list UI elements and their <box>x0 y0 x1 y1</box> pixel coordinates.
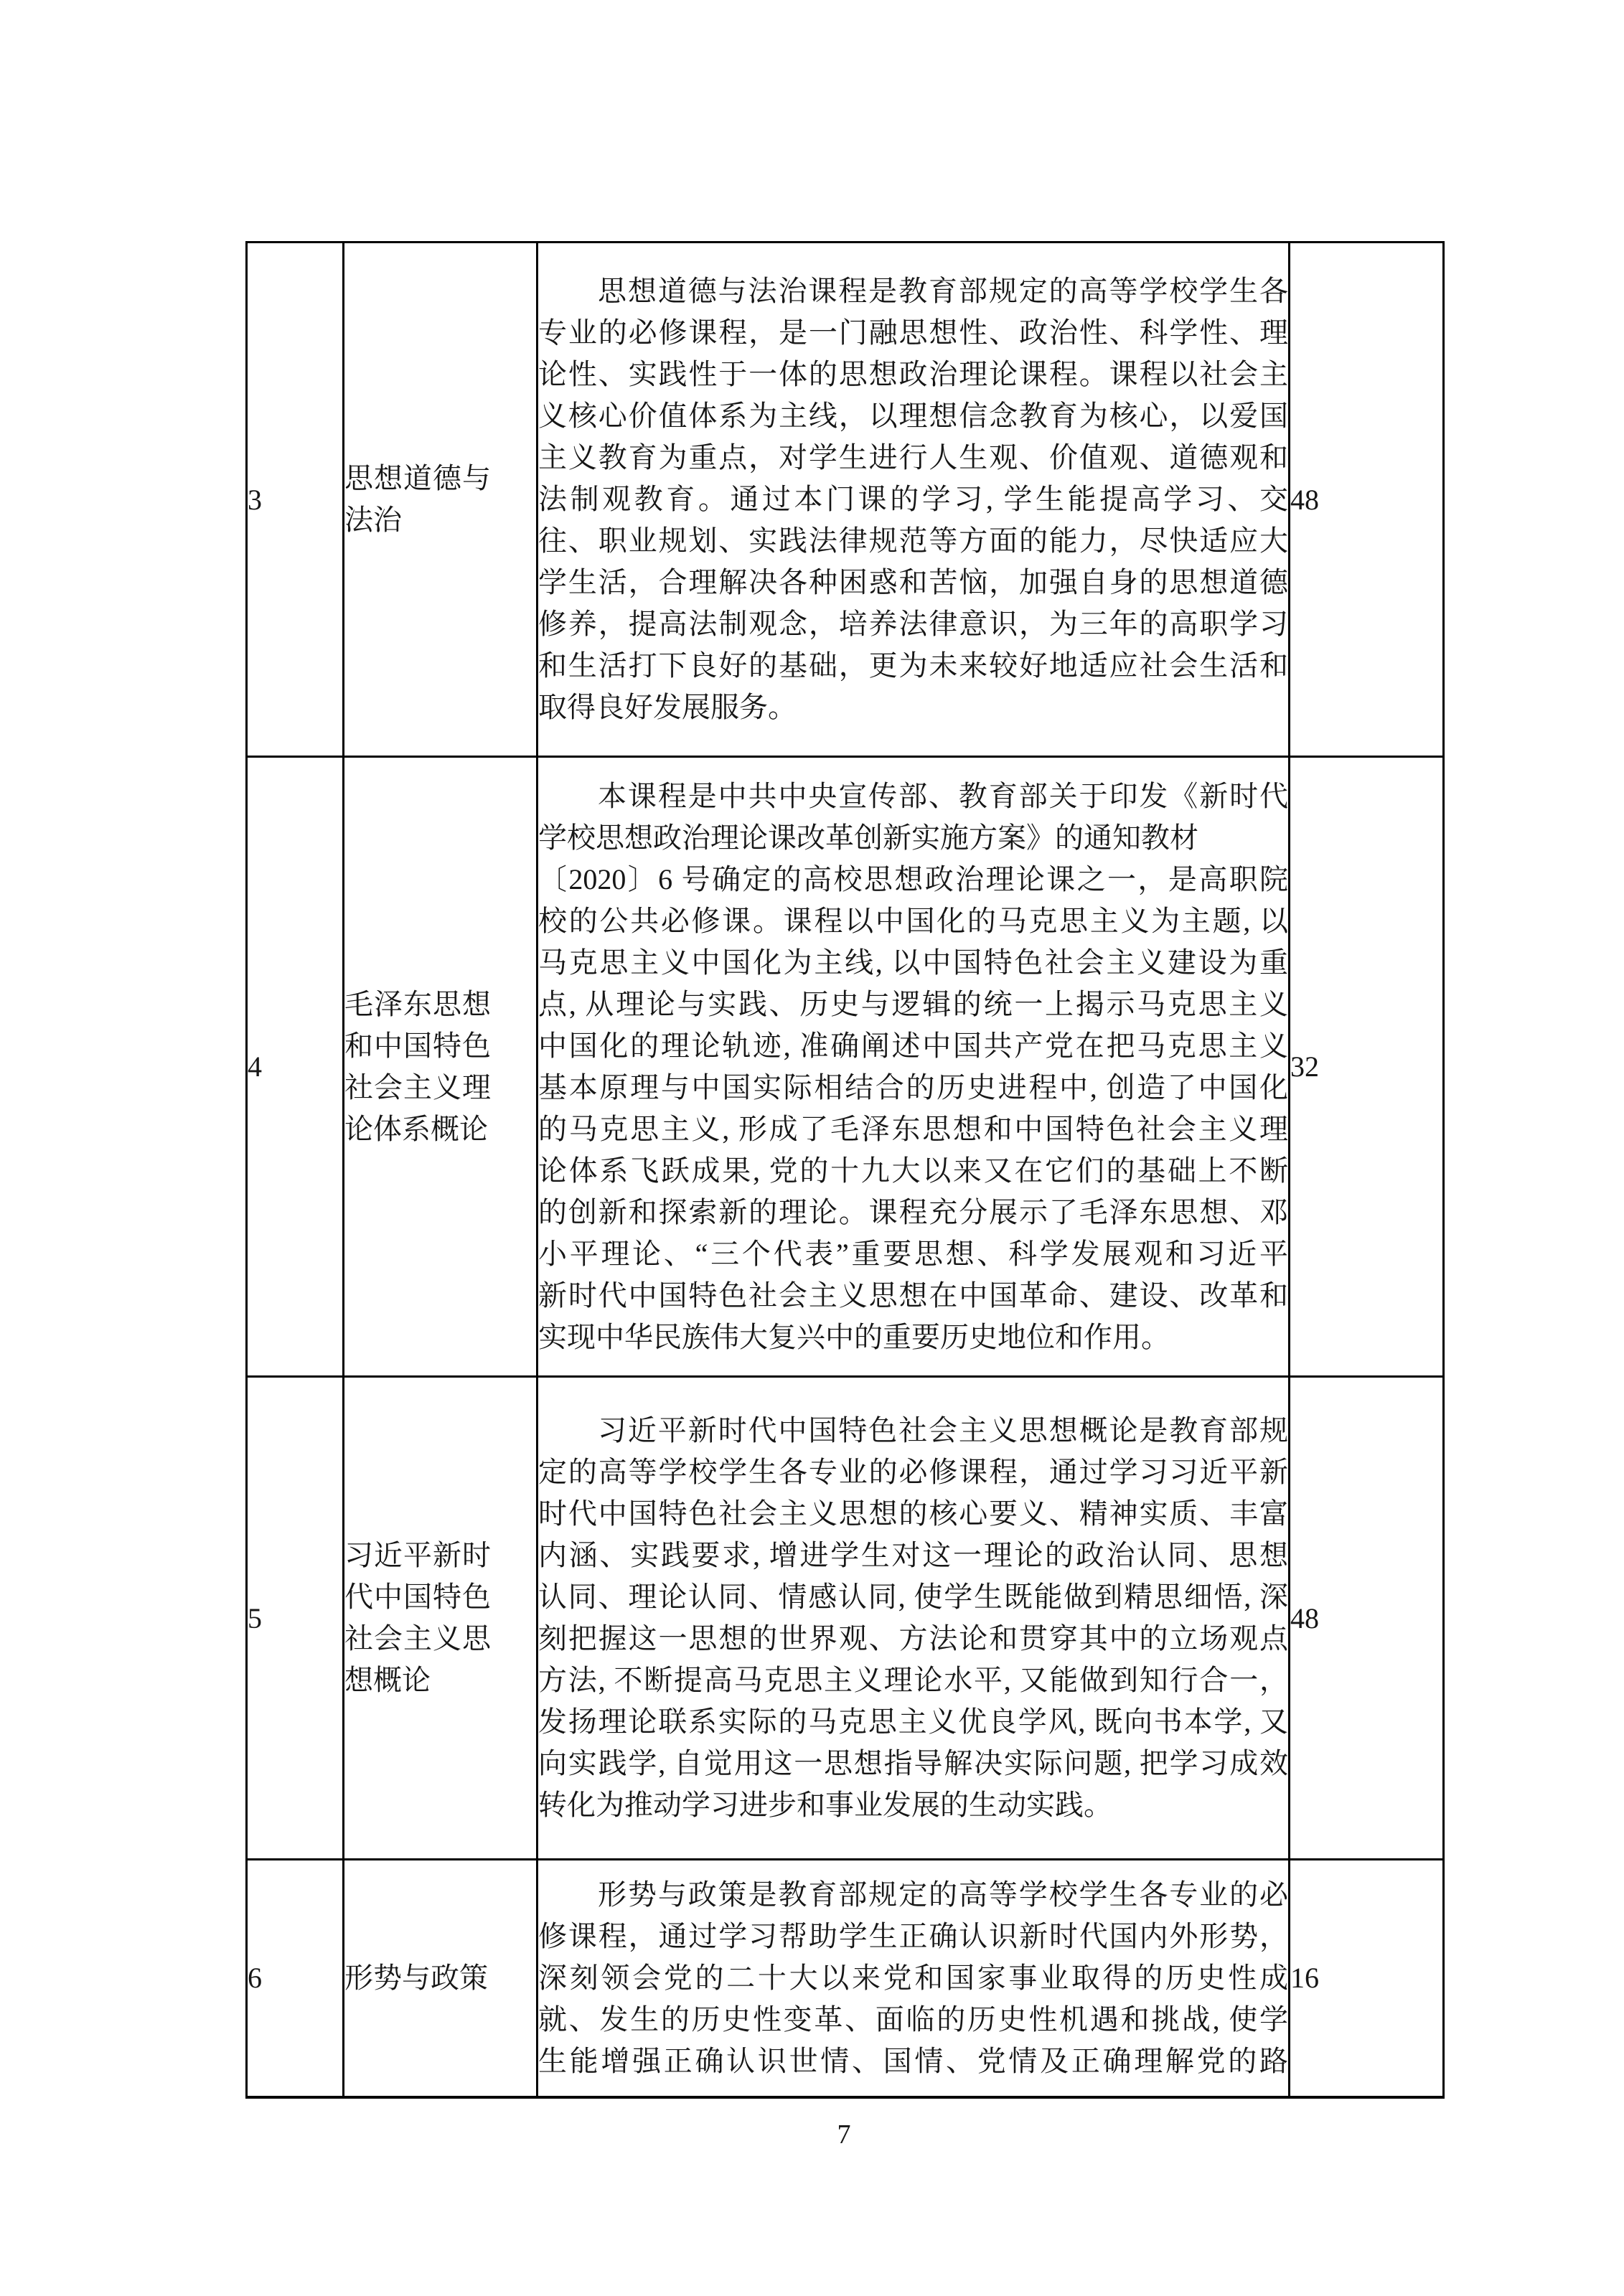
text-line: 习近平新时 <box>344 1535 491 1576</box>
text-line: 方法, 不断提高马克思主义理论水平, 又能做到知行合一， <box>538 1660 1288 1701</box>
course-hours: 48 <box>1290 1602 1319 1634</box>
course-description: 本课程是中共中央宣传部、教育部关于印发《新时代学校思想政治理论课改革创新实施方案… <box>538 776 1288 1358</box>
text-line: 刻把握这一思想的世界观、方法论和贯穿其中的立场观点 <box>538 1618 1288 1660</box>
course-hours-cell: 48 <box>1290 1377 1444 1860</box>
text-line: 时代中国特色社会主义思想的核心要义、精神实质、丰富 <box>538 1493 1288 1535</box>
course-description: 思想道德与法治课程是教育部规定的高等学校学生各专业的必修课程，是一门融思想性、政… <box>538 270 1288 728</box>
course-name-cell: 思想道德与法治 <box>344 243 538 757</box>
course-description-cell: 习近平新时代中国特色社会主义思想概论是教育部规定的高等学校学生各专业的必修课程，… <box>538 1377 1290 1860</box>
text-line: 向实践学, 自觉用这一思想指导解决实际问题, 把学习成效 <box>538 1743 1288 1784</box>
text-line: 转化为推动学习进步和事业发展的生动实践。 <box>538 1784 1288 1826</box>
course-name: 习近平新时代中国特色社会主义思想概论 <box>344 1535 491 1701</box>
text-line: 思想道德与法治课程是教育部规定的高等学校学生各 <box>538 270 1288 312</box>
text-line: 学校思想政治理论课改革创新实施方案》的通知教材 <box>538 817 1288 859</box>
course-hours-cell: 32 <box>1290 757 1444 1377</box>
row-number-cell: 6 <box>247 1860 344 2097</box>
text-line: 形势与政策 <box>344 1957 491 1999</box>
course-hours: 48 <box>1290 484 1319 516</box>
row-number: 5 <box>248 1602 262 1634</box>
text-line: 法治 <box>344 499 491 541</box>
course-hours: 32 <box>1290 1050 1319 1083</box>
row-number-cell: 4 <box>247 757 344 1377</box>
course-name: 思想道德与法治 <box>344 458 491 541</box>
course-name: 形势与政策 <box>344 1957 491 1999</box>
text-line: 本课程是中共中央宣传部、教育部关于印发《新时代 <box>538 776 1288 817</box>
text-line: 取得良好发展服务。 <box>538 687 1288 728</box>
table-row: 6 形势与政策 形势与政策是教育部规定的高等学校学生各专业的必修课程，通过学习帮… <box>247 1860 1444 2097</box>
text-line: 思想道德与 <box>344 458 491 499</box>
text-line: 主义教育为重点，对学生进行人生观、价值观、道德观和 <box>538 437 1288 479</box>
row-number-cell: 5 <box>247 1377 344 1860</box>
text-line: 实现中华民族伟大复兴中的重要历史地位和作用。 <box>538 1317 1288 1358</box>
text-line: 的马克思主义, 形成了毛泽东思想和中国特色社会主义理 <box>538 1109 1288 1150</box>
course-table: 3 思想道德与法治 思想道德与法治课程是教育部规定的高等学校学生各专业的必修课程… <box>245 241 1445 2099</box>
course-hours-cell: 16 <box>1290 1860 1444 2097</box>
document-page: 3 思想道德与法治 思想道德与法治课程是教育部规定的高等学校学生各专业的必修课程… <box>0 0 1624 2296</box>
text-line: 论体系飞跃成果, 党的十九大以来又在它们的基础上不断 <box>538 1150 1288 1192</box>
row-number: 4 <box>248 1050 262 1083</box>
text-line: 毛泽东思想 <box>344 984 491 1025</box>
text-line: 社会主义理 <box>344 1067 491 1109</box>
text-line: 马克思主义中国化为主线, 以中国特色社会主义建设为重 <box>538 942 1288 984</box>
course-name-cell: 毛泽东思想和中国特色社会主义理论体系概论 <box>344 757 538 1377</box>
table-row: 3 思想道德与法治 思想道德与法治课程是教育部规定的高等学校学生各专业的必修课程… <box>247 243 1444 757</box>
text-line: 深刻领会党的二十大以来党和国家事业取得的历史性成 <box>538 1957 1288 1999</box>
course-name-cell: 习近平新时代中国特色社会主义思想概论 <box>344 1377 538 1860</box>
course-description: 形势与政策是教育部规定的高等学校学生各专业的必修课程，通过学习帮助学生正确认识新… <box>538 1874 1288 2082</box>
table-row: 5 习近平新时代中国特色社会主义思想概论 习近平新时代中国特色社会主义思想概论是… <box>247 1377 1444 1860</box>
text-line: 代中国特色 <box>344 1576 491 1618</box>
course-description: 习近平新时代中国特色社会主义思想概论是教育部规定的高等学校学生各专业的必修课程，… <box>538 1410 1288 1826</box>
text-line: 小平理论、“三个代表”重要思想、科学发展观和习近平 <box>538 1233 1288 1275</box>
row-number-cell: 3 <box>247 243 344 757</box>
text-line: 论体系概论 <box>344 1109 491 1150</box>
text-line: 形势与政策是教育部规定的高等学校学生各专业的必 <box>538 1874 1288 1916</box>
text-line: 校的公共必修课。课程以中国化的马克思主义为主题, 以 <box>538 900 1288 942</box>
row-number: 6 <box>248 1962 262 1994</box>
page-number: 7 <box>245 2118 1442 2151</box>
text-line: 的创新和探索新的理论。课程充分展示了毛泽东思想、邓 <box>538 1192 1288 1233</box>
text-line: 新时代中国特色社会主义思想在中国革命、建设、改革和 <box>538 1275 1288 1317</box>
text-line: 认同、理论认同、情感认同, 使学生既能做到精思细悟, 深 <box>538 1576 1288 1618</box>
table-row: 4 毛泽东思想和中国特色社会主义理论体系概论 本课程是中共中央宣传部、教育部关于… <box>247 757 1444 1377</box>
text-line: 往、职业规划、实践法律规范等方面的能力，尽快适应大 <box>538 520 1288 562</box>
course-description-cell: 形势与政策是教育部规定的高等学校学生各专业的必修课程，通过学习帮助学生正确认识新… <box>538 1860 1290 2097</box>
text-line: 法制观教育。通过本门课的学习, 学生能提高学习、交 <box>538 479 1288 520</box>
text-line: 专业的必修课程，是一门融思想性、政治性、科学性、理 <box>538 312 1288 354</box>
course-hours: 16 <box>1290 1962 1319 1994</box>
text-line: 中国化的理论轨迹, 准确阐述中国共产党在把马克思主义 <box>538 1025 1288 1067</box>
course-hours-cell: 48 <box>1290 243 1444 757</box>
course-name: 毛泽东思想和中国特色社会主义理论体系概论 <box>344 984 491 1150</box>
course-description-cell: 本课程是中共中央宣传部、教育部关于印发《新时代学校思想政治理论课改革创新实施方案… <box>538 757 1290 1377</box>
text-line: 基本原理与中国实际相结合的历史进程中, 创造了中国化 <box>538 1067 1288 1109</box>
text-line: 修课程，通过学习帮助学生正确认识新时代国内外形势， <box>538 1916 1288 1957</box>
text-line: 和生活打下良好的基础，更为未来较好地适应社会生活和 <box>538 645 1288 687</box>
text-line: 社会主义思 <box>344 1618 491 1660</box>
course-description-cell: 思想道德与法治课程是教育部规定的高等学校学生各专业的必修课程，是一门融思想性、政… <box>538 243 1290 757</box>
text-line: 内涵、实践要求, 增进学生对这一理论的政治认同、思想 <box>538 1535 1288 1576</box>
text-line: 修养，提高法制观念，培养法律意识，为三年的高职学习 <box>538 603 1288 645</box>
row-number: 3 <box>248 484 262 516</box>
text-line: 学生活，合理解决各种困惑和苦恼，加强自身的思想道德 <box>538 562 1288 603</box>
text-line: 〔2020〕6 号确定的高校思想政治理论课之一，是高职院 <box>538 859 1288 900</box>
text-line: 和中国特色 <box>344 1025 491 1067</box>
text-line: 定的高等学校学生各专业的必修课程，通过学习习近平新 <box>538 1452 1288 1493</box>
text-line: 发扬理论联系实际的马克思主义优良学风, 既向书本学, 又 <box>538 1701 1288 1743</box>
text-line: 点, 从理论与实践、历史与逻辑的统一上揭示马克思主义 <box>538 984 1288 1025</box>
course-table-body: 3 思想道德与法治 思想道德与法治课程是教育部规定的高等学校学生各专业的必修课程… <box>247 243 1444 2097</box>
text-line: 习近平新时代中国特色社会主义思想概论是教育部规 <box>538 1410 1288 1452</box>
text-line: 生能增强正确认识世情、国情、党情及正确理解党的路 <box>538 2041 1288 2082</box>
course-name-cell: 形势与政策 <box>344 1860 538 2097</box>
text-line: 论性、实践性于一体的思想政治理论课程。课程以社会主 <box>538 354 1288 395</box>
text-line: 义核心价值体系为主线，以理想信念教育为核心，以爱国 <box>538 395 1288 437</box>
text-line: 就、发生的历史性变革、面临的历史性机遇和挑战, 使学 <box>538 1999 1288 2041</box>
text-line: 想概论 <box>344 1660 491 1701</box>
